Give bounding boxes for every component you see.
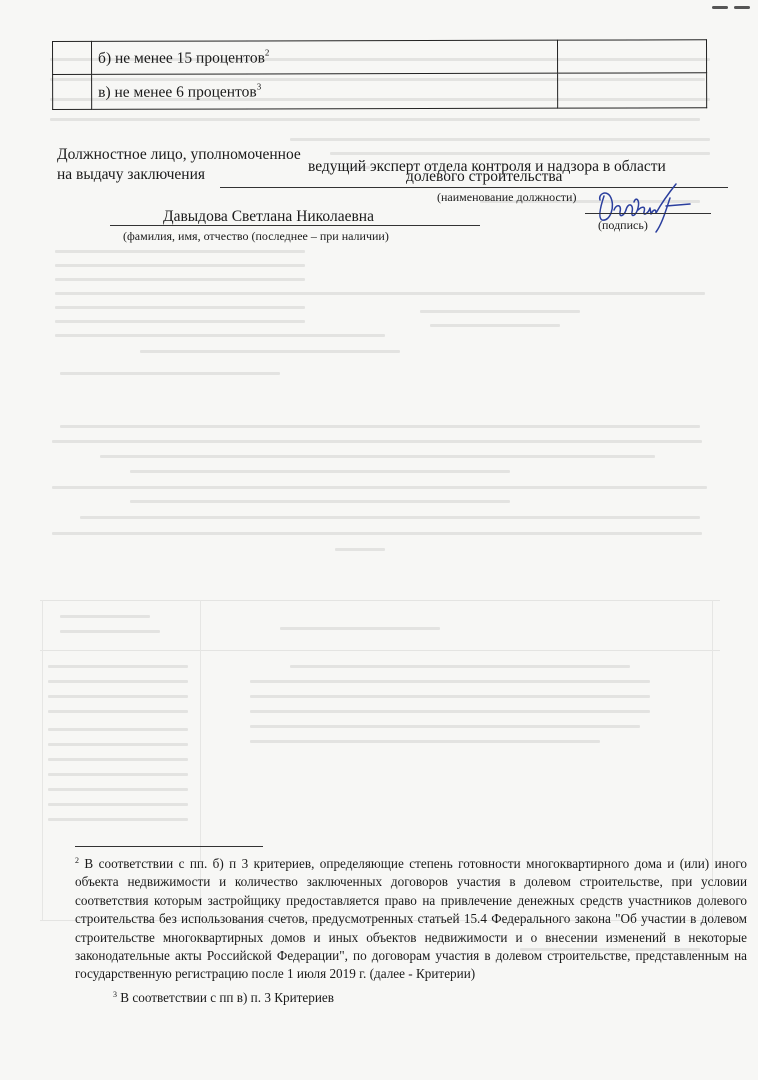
criterion-cell: б) не менее 15 процентов2	[92, 40, 558, 74]
footnote-mark: 3	[113, 990, 117, 999]
criteria-table: б) не менее 15 процентов2 в) не менее 6 …	[52, 39, 707, 110]
row-number-cell	[53, 41, 92, 74]
table-row: б) не менее 15 процентов2	[53, 40, 707, 75]
official-label: Должностное лицо, уполномоченное на выда…	[57, 145, 301, 185]
footnote-3: 3 В соответствии с пп в) п. 3 Критериев	[113, 990, 334, 1006]
position-text-line2: долевого строительства	[406, 168, 562, 186]
value-cell	[557, 40, 706, 73]
name-caption: (фамилия, имя, отчество (последнее – при…	[123, 229, 389, 244]
document-page: б) не менее 15 процентов2 в) не менее 6 …	[0, 0, 758, 1080]
value-cell	[558, 73, 707, 108]
signature-caption: (подпись)	[598, 218, 648, 233]
footnote-ref: 3	[257, 81, 262, 91]
footnote-ref: 2	[265, 47, 270, 57]
official-full-name: Давыдова Светлана Николаевна	[163, 208, 374, 226]
table-row: в) не менее 6 процентов3	[53, 73, 707, 110]
criterion-cell: в) не менее 6 процентов3	[92, 73, 558, 109]
name-underline	[110, 225, 480, 226]
signature-underline	[585, 213, 711, 214]
position-caption: (наименование должности)	[437, 190, 576, 205]
row-number-cell	[53, 74, 92, 109]
footnote-2: 2 В соответствии с пп. б) п 3 критериев,…	[75, 852, 747, 984]
footnote-separator	[75, 846, 263, 847]
footnote-mark: 2	[75, 856, 79, 865]
corner-mark	[712, 6, 750, 9]
